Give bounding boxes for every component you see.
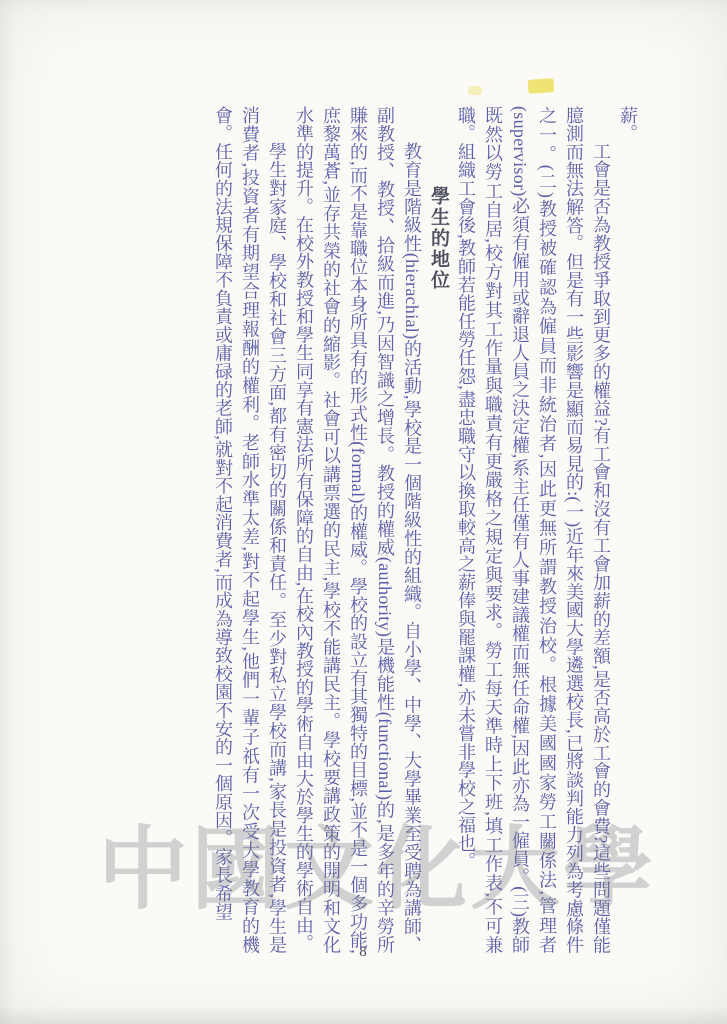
page-number: 8 [350,944,376,961]
highlight-mark [528,78,555,94]
education-paragraph: 教育是階級性(hierachial)的活動,學校是一個階級性的組織。自小學、中學… [290,106,425,954]
highlight-mark-small [468,86,482,96]
students-paragraph: 學生對家庭、學校和社會三方面,都有密切的關係和責任。至少對私立學校而講,家長是投… [209,106,290,954]
vertical-text-block: 薪。 工會是否為教授爭取到更多的權益?有工會和沒有工會加薪的差額,是否高於工會的… [89,106,641,954]
section-heading: 學生的地位 [425,106,452,954]
scanned-document-page: 薪。 工會是否為教授爭取到更多的權益?有工會和沒有工會加薪的差額,是否高於工會的… [0,0,727,1024]
carryover-text: 薪。 [614,106,641,954]
union-paragraph: 工會是否為教授爭取到更多的權益?有工會和沒有工會加薪的差額,是否高於工會的會費?… [452,106,614,954]
